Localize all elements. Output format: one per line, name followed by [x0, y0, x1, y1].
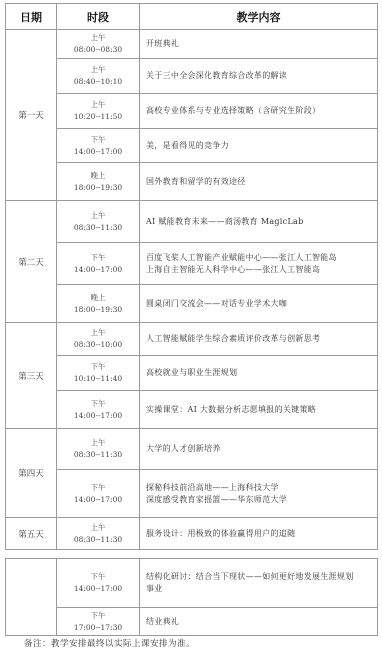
header-date: 日期 — [6, 4, 57, 30]
content-cell: 美，是看得见的竞争力 — [140, 129, 378, 163]
period-label: 晚上 — [57, 292, 139, 304]
time-cell: 上午08:30--11:30 — [57, 201, 140, 243]
content-line: 高校专业体系与专业选择策略（含研究生阶段） — [146, 105, 373, 117]
content-cell: 圆桌闭门交流会——对话专业学术大咖 — [140, 285, 378, 323]
table-row: 下午14:00--17:00 百度飞桨人工智能产业赋能中心——张江人工智能岛上海… — [6, 243, 378, 285]
period-label: 下午 — [57, 482, 139, 494]
period-label: 上午 — [57, 210, 139, 222]
content-cell: 关于三中全会深化教育综合改革的解读 — [140, 59, 378, 94]
content-line: 国外教育和留学的有效途径 — [146, 176, 373, 188]
table-row: 下午14:00--17:00 实操课堂：AI 大数据分析志愿填报的关键策略 — [6, 391, 378, 429]
content-line: 深度感受教育家摇篮——华东师范大学 — [146, 494, 373, 506]
content-line: 实操课堂：AI 大数据分析志愿填报的关键策略 — [146, 404, 373, 416]
table-row: 第五天 上午08:30--11:30 服务设计：用极致的体验赢得用户的追随 — [6, 518, 378, 550]
period-label: 上午 — [57, 327, 139, 339]
content-cell: 结构化研讨：结合当下现状——如何更好地发展生涯规划事业 — [140, 559, 378, 608]
time-cell: 下午14:00--17:00 — [57, 470, 140, 518]
content-line: 开班典礼 — [146, 38, 373, 50]
period-label: 下午 — [57, 398, 139, 410]
table-row: 上午08:40--10:10 关于三中全会深化教育综合改革的解读 — [6, 59, 378, 94]
content-cell: 结业典礼 — [140, 608, 378, 636]
table-row: 下午10:10--11:40 高校就业与职业生涯规划 — [6, 356, 378, 391]
content-line: 事业 — [146, 583, 373, 595]
content-line: 服务设计：用极致的体验赢得用户的追随 — [146, 528, 373, 540]
schedule-table: 日期 时段 教学内容 第一天 上午08:00--08:30 开班典礼 上午08:… — [5, 3, 378, 550]
table-row: 上午10:20--11:50 高校专业体系与专业选择策略（含研究生阶段） — [6, 94, 378, 129]
content-cell: 人工智能赋能学生综合素质评价改革与创新思考 — [140, 323, 378, 356]
time-range: 10:10--11:40 — [57, 373, 139, 385]
content-line: 圆桌闭门交流会——对话专业学术大咖 — [146, 298, 373, 310]
time-cell: 下午14:00--17:00 — [57, 243, 140, 285]
time-cell: 下午14:00--17:00 — [57, 559, 140, 608]
time-range: 14:00--17:00 — [57, 583, 139, 595]
time-cell: 上午08:40--10:10 — [57, 59, 140, 94]
content-cell: 高校就业与职业生涯规划 — [140, 356, 378, 391]
header-time: 时段 — [57, 4, 140, 30]
period-label: 上午 — [57, 99, 139, 111]
content-cell: 国外教育和留学的有效途径 — [140, 163, 378, 201]
content-line: 美，是看得见的竞争力 — [146, 140, 373, 152]
content-cell: AI 赋能教育未来——商汤教育 MagicLab — [140, 201, 378, 243]
time-range: 08:30--11:30 — [57, 449, 139, 461]
time-range: 08:40--10:10 — [57, 76, 139, 88]
table-row: 第三天 上午08:30--10:00 人工智能赋能学生综合素质评价改革与创新思考 — [6, 323, 378, 356]
table-row: 晚上18:00--19:30 国外教育和留学的有效途径 — [6, 163, 378, 201]
day-label: 第二天 — [6, 201, 57, 323]
time-range: 14:00--17:00 — [57, 264, 139, 276]
table-row: 第一天 上午08:00--08:30 开班典礼 — [6, 30, 378, 59]
content-line: 关于三中全会深化教育综合改革的解读 — [146, 70, 373, 82]
time-cell: 下午17:00--17:30 — [57, 608, 140, 636]
content-line: 结业典礼 — [146, 616, 373, 628]
period-label: 晚上 — [57, 170, 139, 182]
period-label: 上午 — [57, 64, 139, 76]
time-range: 17:00--17:30 — [57, 622, 139, 634]
day-label: 第五天 — [6, 518, 57, 550]
time-range: 18:00--19:30 — [57, 182, 139, 194]
table-row: 第四天 上午08:30--11:30 大学的人才创新培养 — [6, 429, 378, 470]
time-range: 08:30--11:30 — [57, 222, 139, 234]
content-line: 百度飞桨人工智能产业赋能中心——张江人工智能岛 — [146, 252, 373, 264]
content-line: 上海自主智能无人科学中心——张江人工智能岛 — [146, 264, 373, 276]
content-cell: 大学的人才创新培养 — [140, 429, 378, 470]
content-line: 高校就业与职业生涯规划 — [146, 367, 373, 379]
time-range: 10:20--11:50 — [57, 111, 139, 123]
footnote: 备注：教学安排最终以实际上课安排为准。 — [24, 637, 195, 649]
period-label: 下午 — [57, 610, 139, 622]
time-range: 08:30--10:00 — [57, 339, 139, 351]
period-label: 下午 — [57, 134, 139, 146]
table-row: 下午14:00--17:00 探秘科技前沿高地——上海科技大学深度感受教育家摇篮… — [6, 470, 378, 518]
table-row: 第二天 上午08:30--11:30 AI 赋能教育未来——商汤教育 Magic… — [6, 201, 378, 243]
table-row: 晚上18:00--19:30 圆桌闭门交流会——对话专业学术大咖 — [6, 285, 378, 323]
time-range: 08:30--11:30 — [57, 534, 139, 546]
time-range: 14:00--17:00 — [57, 146, 139, 158]
table-row: 下午14:00--17:00 结构化研讨：结合当下现状——如何更好地发展生涯规划… — [6, 559, 378, 608]
period-label: 下午 — [57, 571, 139, 583]
time-cell: 晚上18:00--19:30 — [57, 163, 140, 201]
period-label: 下午 — [57, 361, 139, 373]
time-cell: 上午08:30--11:30 — [57, 518, 140, 550]
time-cell: 上午08:00--08:30 — [57, 30, 140, 59]
content-line: 探秘科技前沿高地——上海科技大学 — [146, 482, 373, 494]
period-label: 上午 — [57, 437, 139, 449]
time-range: 14:00--17:00 — [57, 494, 139, 506]
time-cell: 下午14:00--17:00 — [57, 391, 140, 429]
table-row: 下午14:00--17:00 美，是看得见的竞争力 — [6, 129, 378, 163]
period-label: 上午 — [57, 522, 139, 534]
day-label: 第四天 — [6, 429, 57, 518]
day-label — [6, 559, 57, 636]
time-cell: 晚上18:00--19:30 — [57, 285, 140, 323]
content-line: 人工智能赋能学生综合素质评价改革与创新思考 — [146, 333, 373, 345]
period-label: 下午 — [57, 252, 139, 264]
time-cell: 上午10:20--11:50 — [57, 94, 140, 129]
table-row: 下午17:00--17:30 结业典礼 — [6, 608, 378, 636]
time-range: 14:00--17:00 — [57, 410, 139, 422]
day-label: 第一天 — [6, 30, 57, 201]
header-content: 教学内容 — [140, 4, 378, 30]
content-cell: 实操课堂：AI 大数据分析志愿填报的关键策略 — [140, 391, 378, 429]
header-row: 日期 时段 教学内容 — [6, 4, 378, 30]
period-label: 上午 — [57, 32, 139, 44]
time-cell: 下午10:10--11:40 — [57, 356, 140, 391]
content-line: AI 赋能教育未来——商汤教育 MagicLab — [146, 216, 373, 228]
content-cell: 开班典礼 — [140, 30, 378, 59]
content-cell: 服务设计：用极致的体验赢得用户的追随 — [140, 518, 378, 550]
time-cell: 下午14:00--17:00 — [57, 129, 140, 163]
content-line: 结构化研讨：结合当下现状——如何更好地发展生涯规划 — [146, 571, 373, 583]
day-label: 第三天 — [6, 323, 57, 429]
schedule-table-continuation: 下午14:00--17:00 结构化研讨：结合当下现状——如何更好地发展生涯规划… — [5, 558, 378, 636]
time-cell: 上午08:30--11:30 — [57, 429, 140, 470]
content-cell: 高校专业体系与专业选择策略（含研究生阶段） — [140, 94, 378, 129]
time-range: 08:00--08:30 — [57, 44, 139, 56]
content-cell: 百度飞桨人工智能产业赋能中心——张江人工智能岛上海自主智能无人科学中心——张江人… — [140, 243, 378, 285]
time-cell: 上午08:30--10:00 — [57, 323, 140, 356]
time-range: 18:00--19:30 — [57, 304, 139, 316]
content-line: 大学的人才创新培养 — [146, 443, 373, 455]
content-cell: 探秘科技前沿高地——上海科技大学深度感受教育家摇篮——华东师范大学 — [140, 470, 378, 518]
